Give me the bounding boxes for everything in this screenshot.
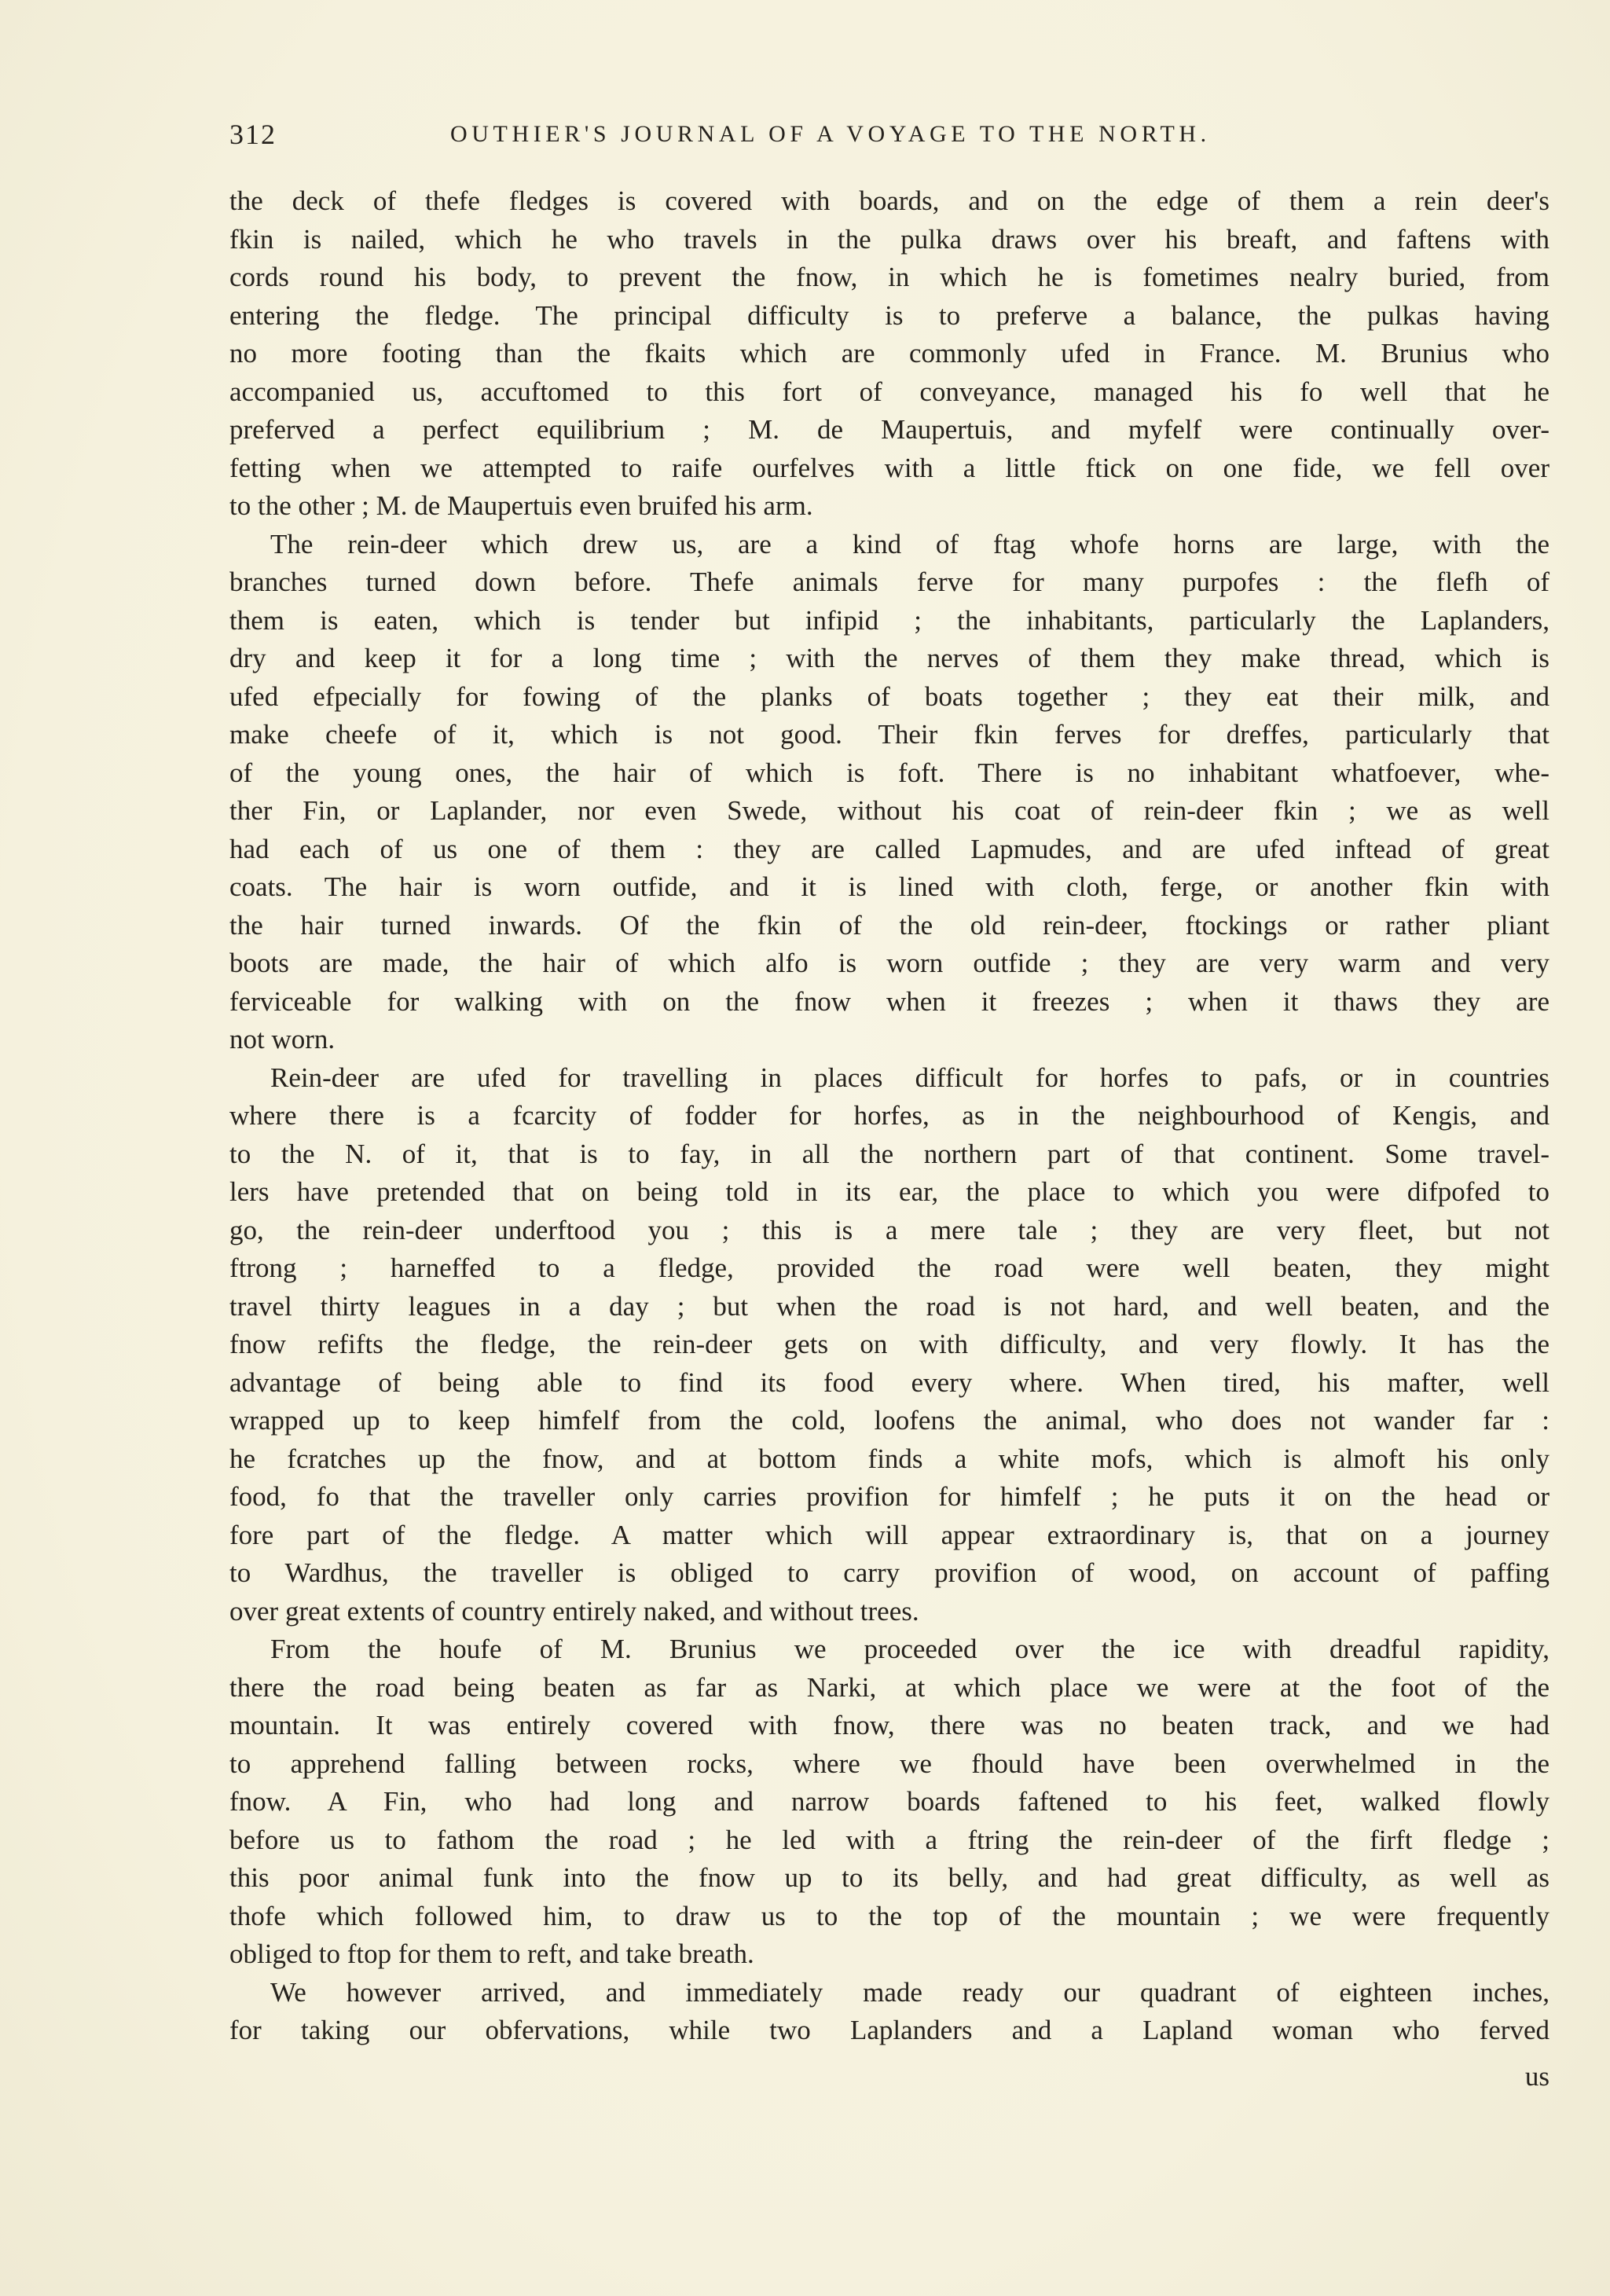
text-line: thofe which followed him, to draw us to … xyxy=(229,1898,1549,1936)
text-line: ferviceable for walking with on the fnow… xyxy=(229,983,1549,1021)
text-line: mountain. It was entirely covered with f… xyxy=(229,1707,1549,1745)
text-line: fetting when we attempted to raife ourfe… xyxy=(229,449,1549,488)
text-line: go, the rein-deer underftood you ; this … xyxy=(229,1212,1549,1250)
text-line: no more footing than the fkaits which ar… xyxy=(229,335,1549,373)
text-line: of the young ones, the hair of which is … xyxy=(229,754,1549,793)
text-line: branches turned down before. Thefe anima… xyxy=(229,563,1549,602)
text-line: cords round his body, to prevent the fno… xyxy=(229,259,1549,297)
text-line: accompanied us, accuftomed to this fort … xyxy=(229,373,1549,412)
text-line: the hair turned inwards. Of the fkin of … xyxy=(229,907,1549,945)
text-line: coats. The hair is worn outfide, and it … xyxy=(229,868,1549,907)
text-line: over great extents of country entirely n… xyxy=(229,1593,1549,1631)
text-line: lers have pretended that on being told i… xyxy=(229,1173,1549,1212)
text-line: The rein-deer which drew us, are a kind … xyxy=(229,526,1549,564)
text-line: ufed efpecially for fowing of the planks… xyxy=(229,678,1549,717)
paragraph-5: We however arrived, and immediately made… xyxy=(229,1974,1549,2050)
text-line: travel thirty leagues in a day ; but whe… xyxy=(229,1288,1549,1326)
running-head: 312 Outhier's Journal of a Voyage to the… xyxy=(229,115,1549,154)
text-line: for taking our obfervations, while two L… xyxy=(229,2012,1549,2050)
book-page: 312 Outhier's Journal of a Voyage to the… xyxy=(0,0,1610,2296)
text-line: advantage of being able to find its food… xyxy=(229,1364,1549,1403)
text-line: make cheefe of it, which is not good. Th… xyxy=(229,716,1549,754)
paragraph-4: From the houfe of M. Brunius we proceede… xyxy=(229,1630,1549,1974)
text-line: to Wardhus, the traveller is obliged to … xyxy=(229,1554,1549,1593)
text-line: the deck of thefe fledges is covered wit… xyxy=(229,182,1549,221)
text-line: them is eaten, which is tender but infip… xyxy=(229,602,1549,640)
paragraph-2: The rein-deer which drew us, are a kind … xyxy=(229,526,1549,1059)
text-line: he fcratches up the fnow, and at bottom … xyxy=(229,1440,1549,1479)
text-line: Rein-deer are ufed for travelling in pla… xyxy=(229,1059,1549,1098)
text-line: to the other ; M. de Maupertuis even bru… xyxy=(229,487,1549,526)
paragraph-3: Rein-deer are ufed for travelling in pla… xyxy=(229,1059,1549,1631)
running-title: Outhier's Journal of a Voyage to the Nor… xyxy=(450,115,1211,154)
page-number: 312 xyxy=(229,115,277,154)
text-line: fkin is nailed, which he who travels in … xyxy=(229,221,1549,259)
text-line: food, fo that the traveller only carries… xyxy=(229,1478,1549,1517)
text-line: wrapped up to keep himfelf from the cold… xyxy=(229,1402,1549,1440)
catchword: us xyxy=(1525,2058,1549,2096)
body-text: the deck of thefe fledges is covered wit… xyxy=(229,182,1549,2050)
text-line: We however arrived, and immediately made… xyxy=(229,1974,1549,2012)
text-line: fnow. A Fin, who had long and narrow boa… xyxy=(229,1783,1549,1821)
text-line: obliged to ftop for them to reft, and ta… xyxy=(229,1935,1549,1974)
text-line: there the road being beaten as far as Na… xyxy=(229,1669,1549,1707)
text-line: ftrong ; harneffed to a fledge, provided… xyxy=(229,1249,1549,1288)
text-line: preferved a perfect equilibrium ; M. de … xyxy=(229,411,1549,449)
text-line: to apprehend falling between rocks, wher… xyxy=(229,1745,1549,1784)
text-line: entering the fledge. The principal diffi… xyxy=(229,297,1549,336)
text-line: not worn. xyxy=(229,1021,1549,1059)
text-line: From the houfe of M. Brunius we proceede… xyxy=(229,1630,1549,1669)
text-line: to the N. of it, that is to fay, in all … xyxy=(229,1135,1549,1174)
text-line: fore part of the fledge. A matter which … xyxy=(229,1517,1549,1555)
text-line: where there is a fcarcity of fodder for … xyxy=(229,1097,1549,1135)
paragraph-1: the deck of thefe fledges is covered wit… xyxy=(229,182,1549,526)
text-line: this poor animal funk into the fnow up t… xyxy=(229,1859,1549,1898)
text-line: fnow refifts the fledge, the rein-deer g… xyxy=(229,1326,1549,1364)
text-line: boots are made, the hair of which alfo i… xyxy=(229,944,1549,983)
text-line: had each of us one of them : they are ca… xyxy=(229,831,1549,869)
text-line: dry and keep it for a long time ; with t… xyxy=(229,640,1549,678)
text-line: before us to fathom the road ; he led wi… xyxy=(229,1821,1549,1860)
text-line: ther Fin, or Laplander, nor even Swede, … xyxy=(229,792,1549,831)
